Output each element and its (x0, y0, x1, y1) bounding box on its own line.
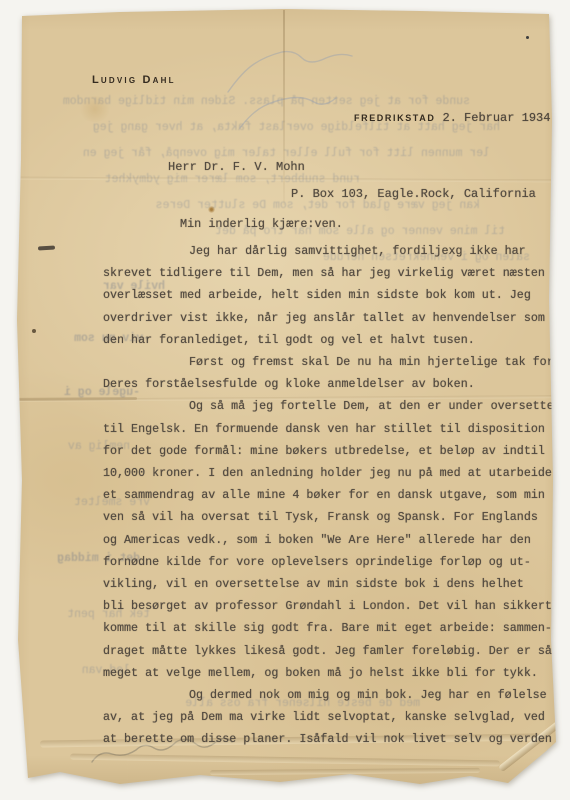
recipient-name: Herr Dr. F. V. Mohn (168, 160, 305, 174)
ink-speck (526, 36, 529, 39)
letter-line: Først og fremst skal De nu ha min hjerte… (103, 351, 559, 373)
letter-body: Jeg har dårlig samvittighet, fordiljexg … (103, 240, 559, 751)
paper-shadow-wrap: sunde for at jeg setten på plass. Siden … (0, 0, 570, 800)
letter-line: overdriver vist ikke, når jeg anslår tal… (103, 307, 559, 329)
recipient-address: P. Box 103, Eagle.Rock, California (291, 187, 536, 201)
bleedthrough-text: sunde for at jeg setten på plass. Siden … (63, 95, 470, 108)
letter-line: et sammendrag av alle mine 4 bøker for e… (103, 484, 559, 506)
letter-line: av, at jeg på Dem ma virke lidt selvopta… (103, 706, 559, 728)
letterhead-name: Ludvig Dahl (92, 74, 176, 86)
letter-line: draget måtte lykkes likeså godt. Jeg fam… (103, 640, 559, 662)
letter-line: den har foranlediget, til godt og vel et… (103, 329, 559, 351)
letter-line: komme til at skille sig godt fra. Bare m… (103, 617, 559, 639)
bottom-wrinkle (210, 768, 480, 775)
letter-line: og Americas vedk., som i boken "We Are H… (103, 529, 559, 551)
letter-line: 10,000 kroner. I den anledning holder je… (103, 462, 559, 484)
ink-dash-mark (38, 246, 55, 251)
letter-line: Deres forståelsesfulde og kloke anmeldel… (103, 373, 559, 395)
letter-line: Og så må jeg fortelle Dem, at den er und… (103, 395, 559, 417)
letter-line: vikling, vil en oversettelse av min sids… (103, 573, 559, 595)
stain-spot (208, 206, 215, 213)
letter-line: skrevet tidligere til Dem, men så har je… (103, 262, 559, 284)
scanned-letter-page: sunde for at jeg setten på plass. Siden … (0, 0, 570, 800)
letter-line: Og dermed nok om mig og min bok. Jeg har… (103, 684, 559, 706)
date-line: Fredrikstad 2. Februar 1934 (354, 111, 550, 125)
letter-line: meget at velge mellem, og boken må jo he… (103, 662, 559, 684)
salutation: Min inderlig kjære:ven. (180, 217, 343, 231)
ink-speck (32, 329, 36, 333)
bottom-wrinkle (70, 754, 500, 767)
letter-line: overlæsset med arbeide, helt siden min s… (103, 284, 559, 306)
letter-line: for det gode formål: mine bøkers utbrede… (103, 440, 559, 462)
letter-line: ven så vil ha oversat til Tysk, Fransk o… (103, 506, 559, 528)
handwriting-mark (228, 52, 352, 92)
letter-line: Jeg har dårlig samvittighet, fordiljexg … (103, 240, 559, 262)
typed-date: 2. Februar 1934 (442, 111, 550, 125)
letter-line: fornødne kilde for vore oplevelsers opri… (103, 551, 559, 573)
handwriting-mark (240, 98, 336, 129)
vertical-fold-crease (283, 10, 285, 205)
letter-line: bli besørget av professor Grøndahl i Lon… (103, 595, 559, 617)
letter-line: at berette om disse planer. Isåfald vil … (103, 728, 559, 750)
letter-paper: sunde for at jeg setten på plass. Siden … (0, 0, 570, 800)
letterhead-place: Fredrikstad (354, 113, 435, 123)
stain-spot (78, 96, 112, 122)
bleedthrough-text: ler munnen litt for full eller taler mig… (83, 147, 490, 160)
letter-line: til Engelsk. En formuende dansk ven har … (103, 418, 559, 440)
